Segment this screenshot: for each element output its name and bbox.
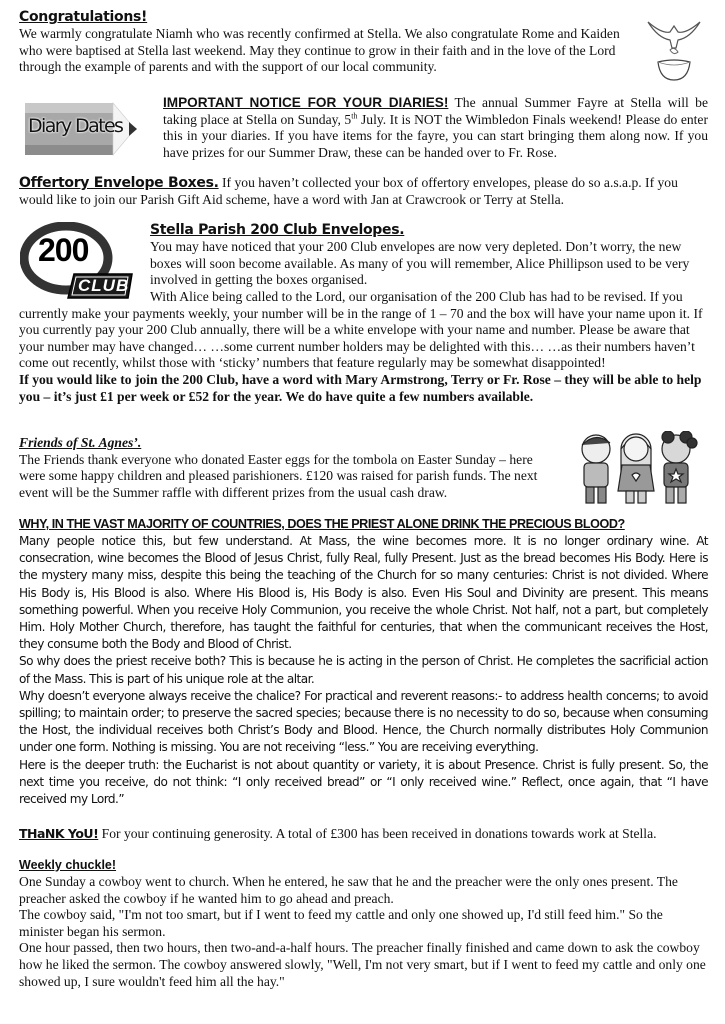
200-club-heading: Stella Parish 200 Club Envelopes. bbox=[150, 221, 705, 239]
friends-section: Friends of St. Agnes’. The Friends thank… bbox=[19, 435, 559, 501]
chuckle-paragraph-3: One hour passed, then two hours, then tw… bbox=[19, 940, 709, 990]
friends-heading: Friends of St. Agnes’. bbox=[19, 435, 559, 452]
200-club-body-1: You may have noticed that your 200 Club … bbox=[150, 239, 705, 289]
thank-you-body: For your continuing generosity. A total … bbox=[98, 826, 656, 841]
congratulations-body: We warmly congratulate Niamh who was rec… bbox=[19, 26, 629, 76]
200-club-number: 200 bbox=[38, 232, 88, 269]
diary-notice-heading: IMPORTANT NOTICE FOR YOUR DIARIES! bbox=[163, 95, 448, 110]
chuckle-paragraph-1: One Sunday a cowboy went to church. When… bbox=[19, 874, 709, 907]
200-club-section-continued: With Alice being called to the Lord, our… bbox=[19, 289, 709, 405]
three-children-illustration bbox=[572, 431, 702, 507]
friends-body: The Friends thank everyone who donated E… bbox=[19, 452, 559, 502]
newsletter-page: Congratulations! We warmly congratulate … bbox=[0, 0, 725, 1024]
chuckle-paragraph-2: The cowboy said, "I'm not too smart, but… bbox=[19, 907, 709, 940]
precious-blood-paragraph-3: Why doesn’t everyone always receive the … bbox=[19, 688, 708, 757]
weekly-chuckle-heading: Weekly chuckle! bbox=[19, 856, 709, 874]
diary-notice-section: IMPORTANT NOTICE FOR YOUR DIARIES! The a… bbox=[163, 95, 708, 161]
precious-blood-heading: WHY, IN THE VAST MAJORITY OF COUNTRIES, … bbox=[19, 515, 708, 533]
precious-blood-paragraph-1: Many people notice this, but few underst… bbox=[19, 533, 708, 653]
diary-dates-label: Diary Dates bbox=[28, 115, 122, 137]
offertory-section: Offertory Envelope Boxes. If you haven’t… bbox=[19, 175, 709, 208]
congratulations-heading: Congratulations! bbox=[19, 8, 629, 26]
precious-blood-section: WHY, IN THE VAST MAJORITY OF COUNTRIES, … bbox=[19, 515, 708, 808]
offertory-heading: Offertory Envelope Boxes. bbox=[19, 175, 219, 191]
precious-blood-paragraph-2: So why does the priest receive both? Thi… bbox=[19, 653, 708, 687]
diary-dates-pencil-image: Diary Dates bbox=[25, 101, 145, 157]
thank-you-section: THaNK YoU! For your continuing generosit… bbox=[19, 826, 709, 843]
dove-and-bowl-icon bbox=[644, 14, 704, 86]
200-club-section: Stella Parish 200 Club Envelopes. You ma… bbox=[150, 221, 705, 289]
weekly-chuckle-section: Weekly chuckle! One Sunday a cowboy went… bbox=[19, 856, 709, 990]
precious-blood-paragraph-4: Here is the deeper truth: the Eucharist … bbox=[19, 757, 708, 809]
200-club-join-note: If you would like to join the 200 Club, … bbox=[19, 372, 709, 405]
200-club-body-2: With Alice being called to the Lord, our… bbox=[19, 289, 709, 372]
congratulations-section: Congratulations! We warmly congratulate … bbox=[19, 8, 629, 76]
thank-you-heading: THaNK YoU! bbox=[19, 826, 98, 841]
